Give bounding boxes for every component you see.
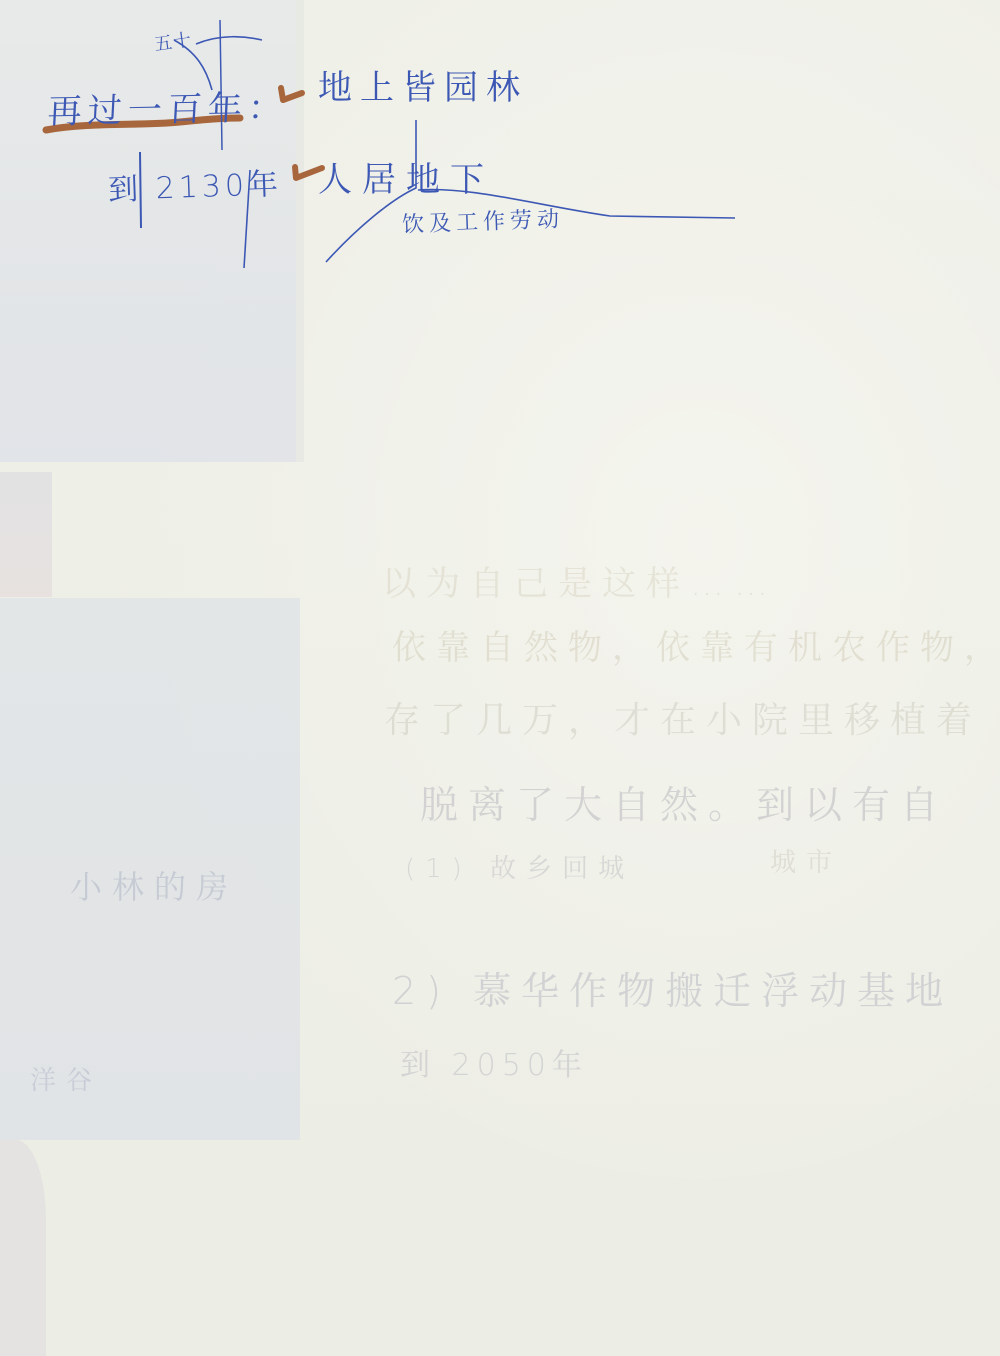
year-line: 到 2130年 <box>107 159 282 209</box>
checklist-item-2: 人居地下 <box>318 152 494 201</box>
checklist-item-1: 地上皆园林 <box>318 60 528 109</box>
heading-insertion: 五十 <box>152 25 193 56</box>
heading-text: 再过一百年： <box>47 80 290 133</box>
insertion-arc <box>196 37 262 44</box>
checklist-item-2-subtext: 饮及工作劳动 <box>402 202 565 239</box>
